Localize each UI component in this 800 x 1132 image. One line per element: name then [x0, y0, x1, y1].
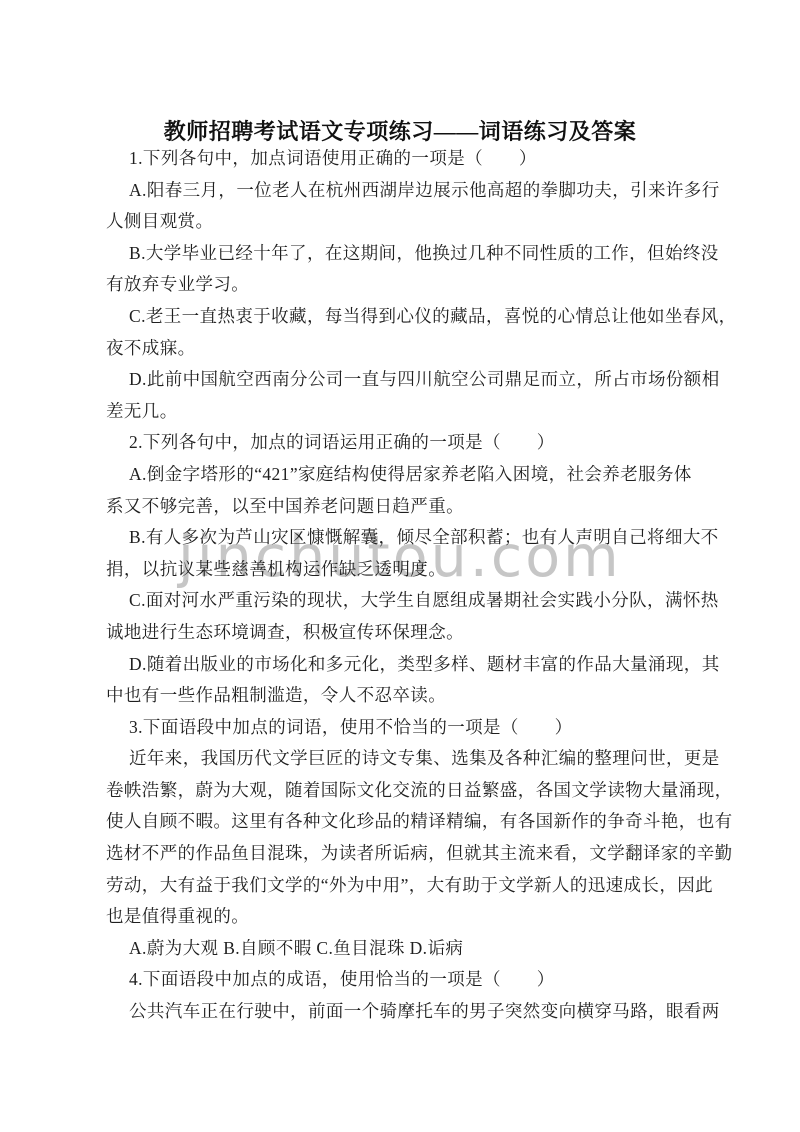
text-line: 选材不严的作品鱼目混珠，为读者所诟病，但就其主流来看，文学翻译家的辛勤 [106, 838, 746, 870]
text-line: A.倒金字塔形的“421”家庭结构使得居家养老陷入困境，社会养老服务体 [106, 459, 746, 491]
text-line: 1.下列各句中，加点词语使用正确的一项是（ ） [106, 143, 746, 175]
text-line: 夜不成寐。 [106, 333, 746, 365]
document-body: 1.下列各句中，加点词语使用正确的一项是（ ）A.阳春三月，一位老人在杭州西湖岸… [106, 143, 746, 1028]
text-line: 使人自顾不暇。这里有各种文化珍品的精译精编，有各国新作的争奇斗艳，也有 [106, 806, 746, 838]
text-line: 差无几。 [106, 396, 746, 428]
text-line: 近年来，我国历代文学巨匠的诗文专集、选集及各种汇编的整理问世，更是 [106, 743, 746, 775]
text-line: 公共汽车正在行驶中，前面一个骑摩托车的男子突然变向横穿马路，眼看两 [106, 996, 746, 1028]
text-line: 卷帙浩繁，蔚为大观，随着国际文化交流的日益繁盛，各国文学读物大量涌现， [106, 775, 746, 807]
text-line: 诚地进行生态环境调查，积极宣传环保理念。 [106, 617, 746, 649]
text-line: 也是值得重视的。 [106, 901, 746, 933]
text-line: C.老王一直热衷于收藏，每当得到心仪的藏品，喜悦的心情总让他如坐春风， [106, 301, 746, 333]
text-line: D.随着出版业的市场化和多元化，类型多样、题材丰富的作品大量涌现，其 [106, 649, 746, 681]
document-page: jinchutou.com 教师招聘考试语文专项练习——词语练习及答案 1.下列… [0, 0, 800, 1132]
text-line: D.此前中国航空西南分公司一直与四川航空公司鼎足而立，所占市场份额相 [106, 364, 746, 396]
text-line: 系又不够完善，以至中国养老问题日趋严重。 [106, 491, 746, 523]
text-line: 4.下面语段中加点的成语，使用恰当的一项是（ ） [106, 964, 746, 996]
text-line: B.有人多次为芦山灾区慷慨解囊，倾尽全部积蓄；也有人声明自己将细大不 [106, 522, 746, 554]
text-line: 捐，以抗议某些慈善机构运作缺乏透明度。 [106, 554, 746, 586]
text-line: 人侧目观赏。 [106, 206, 746, 238]
text-line: B.大学毕业已经十年了，在这期间，他换过几种不同性质的工作，但始终没 [106, 238, 746, 270]
text-line: A.蔚为大观 B.自顾不暇 C.鱼目混珠 D.诟病 [106, 933, 746, 965]
page-title: 教师招聘考试语文专项练习——词语练习及答案 [0, 115, 800, 146]
text-line: 有放弃专业学习。 [106, 269, 746, 301]
text-line: 2.下列各句中，加点的词语运用正确的一项是（ ） [106, 427, 746, 459]
text-line: C.面对河水严重污染的现状，大学生自愿组成暑期社会实践小分队，满怀热 [106, 585, 746, 617]
text-line: 中也有一些作品粗制滥造，令人不忍卒读。 [106, 680, 746, 712]
text-line: A.阳春三月，一位老人在杭州西湖岸边展示他高超的拳脚功夫，引来许多行 [106, 175, 746, 207]
text-line: 劳动，大有益于我们文学的“外为中用”，大有助于文学新人的迅速成长，因此 [106, 870, 746, 902]
text-line: 3.下面语段中加点的词语，使用不恰当的一项是（ ） [106, 712, 746, 744]
